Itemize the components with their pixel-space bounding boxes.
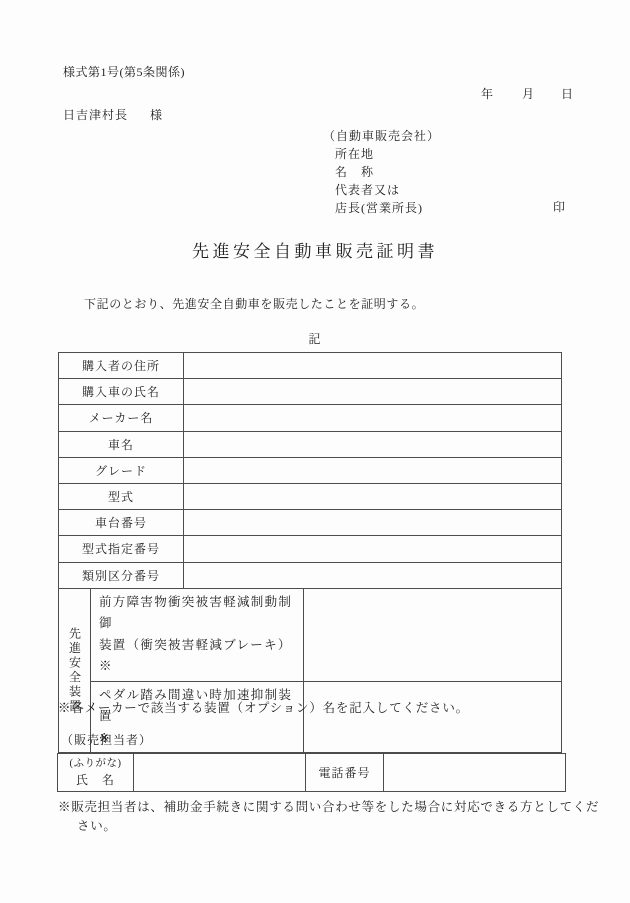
month-label: 月 bbox=[522, 87, 534, 101]
phone-label: 電話番号 bbox=[306, 754, 384, 792]
table-row: 車台番号 bbox=[59, 510, 562, 536]
table-row: 類別区分番号 bbox=[59, 562, 562, 588]
year-label: 年 bbox=[481, 87, 493, 101]
company-section-label: （自動車販売会社） bbox=[323, 127, 440, 145]
sales-rep-row: (ふりがな) 氏 名 電話番号 bbox=[58, 754, 566, 792]
rep-note-line-1: ※販売担当者は、補助金手続きに関する問い合わせ等をした場合に対応できる方としてく… bbox=[58, 798, 599, 817]
asv-device-1-value bbox=[304, 588, 562, 681]
row-value-maker bbox=[184, 405, 562, 431]
row-value-grade bbox=[184, 457, 562, 483]
asv-device-1-line-1: 前方障害物衝突被害軽減制動制御 bbox=[99, 595, 292, 631]
seal-label: 印 bbox=[553, 198, 565, 215]
phone-value-cell bbox=[384, 754, 566, 792]
row-value-model bbox=[184, 483, 562, 509]
sales-rep-table: (ふりがな) 氏 名 電話番号 bbox=[57, 753, 566, 792]
row-value-type-designation-number bbox=[184, 536, 562, 562]
row-label-category-number: 類別区分番号 bbox=[59, 562, 184, 588]
table-row: 購入者の住所 bbox=[59, 353, 562, 379]
table-row: グレード bbox=[59, 457, 562, 483]
table-row: 型式 bbox=[59, 483, 562, 509]
row-label-model: 型式 bbox=[59, 483, 184, 509]
row-value-buyer-name bbox=[184, 379, 562, 405]
row-label-type-designation-number: 型式指定番号 bbox=[59, 536, 184, 562]
row-label-maker: メーカー名 bbox=[59, 405, 184, 431]
name-label: 氏 名 bbox=[58, 772, 133, 789]
asv-group-label: 先進安全装置 bbox=[59, 588, 91, 753]
rep-note-line-2: さい。 bbox=[77, 817, 599, 836]
record-marker: 記 bbox=[0, 330, 630, 347]
table-row: メーカー名 bbox=[59, 405, 562, 431]
row-value-chassis-number bbox=[184, 510, 562, 536]
company-line-representative: 代表者又は bbox=[323, 181, 440, 199]
name-value-cell bbox=[134, 754, 306, 792]
addressee-name: 日吉津村長 bbox=[63, 108, 128, 122]
document-page: 様式第1号(第5条関係) 年月日 日吉津村長様 （自動車販売会社） 所在地 名 … bbox=[0, 0, 630, 903]
asv-row: 先進安全装置 前方障害物衝突被害軽減制動制御 装置（衝突被害軽減ブレーキ）※ bbox=[59, 588, 562, 681]
row-label-buyer-address: 購入者の住所 bbox=[59, 353, 184, 379]
vehicle-info-table: 購入者の住所 購入車の氏名 メーカー名 車名 グレード 型式 bbox=[58, 352, 562, 753]
row-label-car-name: 車名 bbox=[59, 431, 184, 457]
table-row: 車名 bbox=[59, 431, 562, 457]
table-row: 型式指定番号 bbox=[59, 536, 562, 562]
declaration-text: 下記のとおり、先進安全自動車を販売したことを証明する。 bbox=[84, 295, 424, 312]
addressee-honorific: 様 bbox=[150, 108, 163, 122]
day-label: 日 bbox=[561, 87, 573, 101]
company-line-manager: 店長(営業所長) bbox=[323, 199, 440, 217]
document-title: 先進安全自動車販売証明書 bbox=[0, 237, 630, 262]
asv-device-2-value bbox=[304, 681, 562, 753]
name-label-cell: (ふりがな) 氏 名 bbox=[58, 754, 134, 792]
row-label-buyer-name: 購入車の氏名 bbox=[59, 379, 184, 405]
option-note: ※各メーカーで該当する装置（オプション）名を記入してください。 bbox=[58, 698, 469, 716]
row-label-chassis-number: 車台番号 bbox=[59, 510, 184, 536]
addressee-line: 日吉津村長様 bbox=[63, 106, 163, 123]
company-block: （自動車販売会社） 所在地 名 称 代表者又は 店長(営業所長) bbox=[323, 127, 440, 217]
date-line: 年月日 bbox=[481, 85, 573, 102]
form-number: 様式第1号(第5条関係) bbox=[63, 63, 185, 80]
row-label-grade: グレード bbox=[59, 457, 184, 483]
row-value-category-number bbox=[184, 562, 562, 588]
row-value-car-name bbox=[184, 431, 562, 457]
table-row: 購入車の氏名 bbox=[59, 379, 562, 405]
row-value-buyer-address bbox=[184, 353, 562, 379]
sales-rep-section-label: （販売担当者） bbox=[61, 731, 152, 748]
company-line-location: 所在地 bbox=[323, 145, 440, 163]
rep-note: ※販売担当者は、補助金手続きに関する問い合わせ等をした場合に対応できる方としてく… bbox=[58, 798, 599, 836]
asv-device-1-name: 前方障害物衝突被害軽減制動制御 装置（衝突被害軽減ブレーキ）※ bbox=[91, 588, 304, 681]
company-line-name: 名 称 bbox=[323, 163, 440, 181]
asv-device-1-line-2: 装置（衝突被害軽減ブレーキ）※ bbox=[99, 638, 292, 674]
furigana-label: (ふりがな) bbox=[58, 756, 133, 772]
